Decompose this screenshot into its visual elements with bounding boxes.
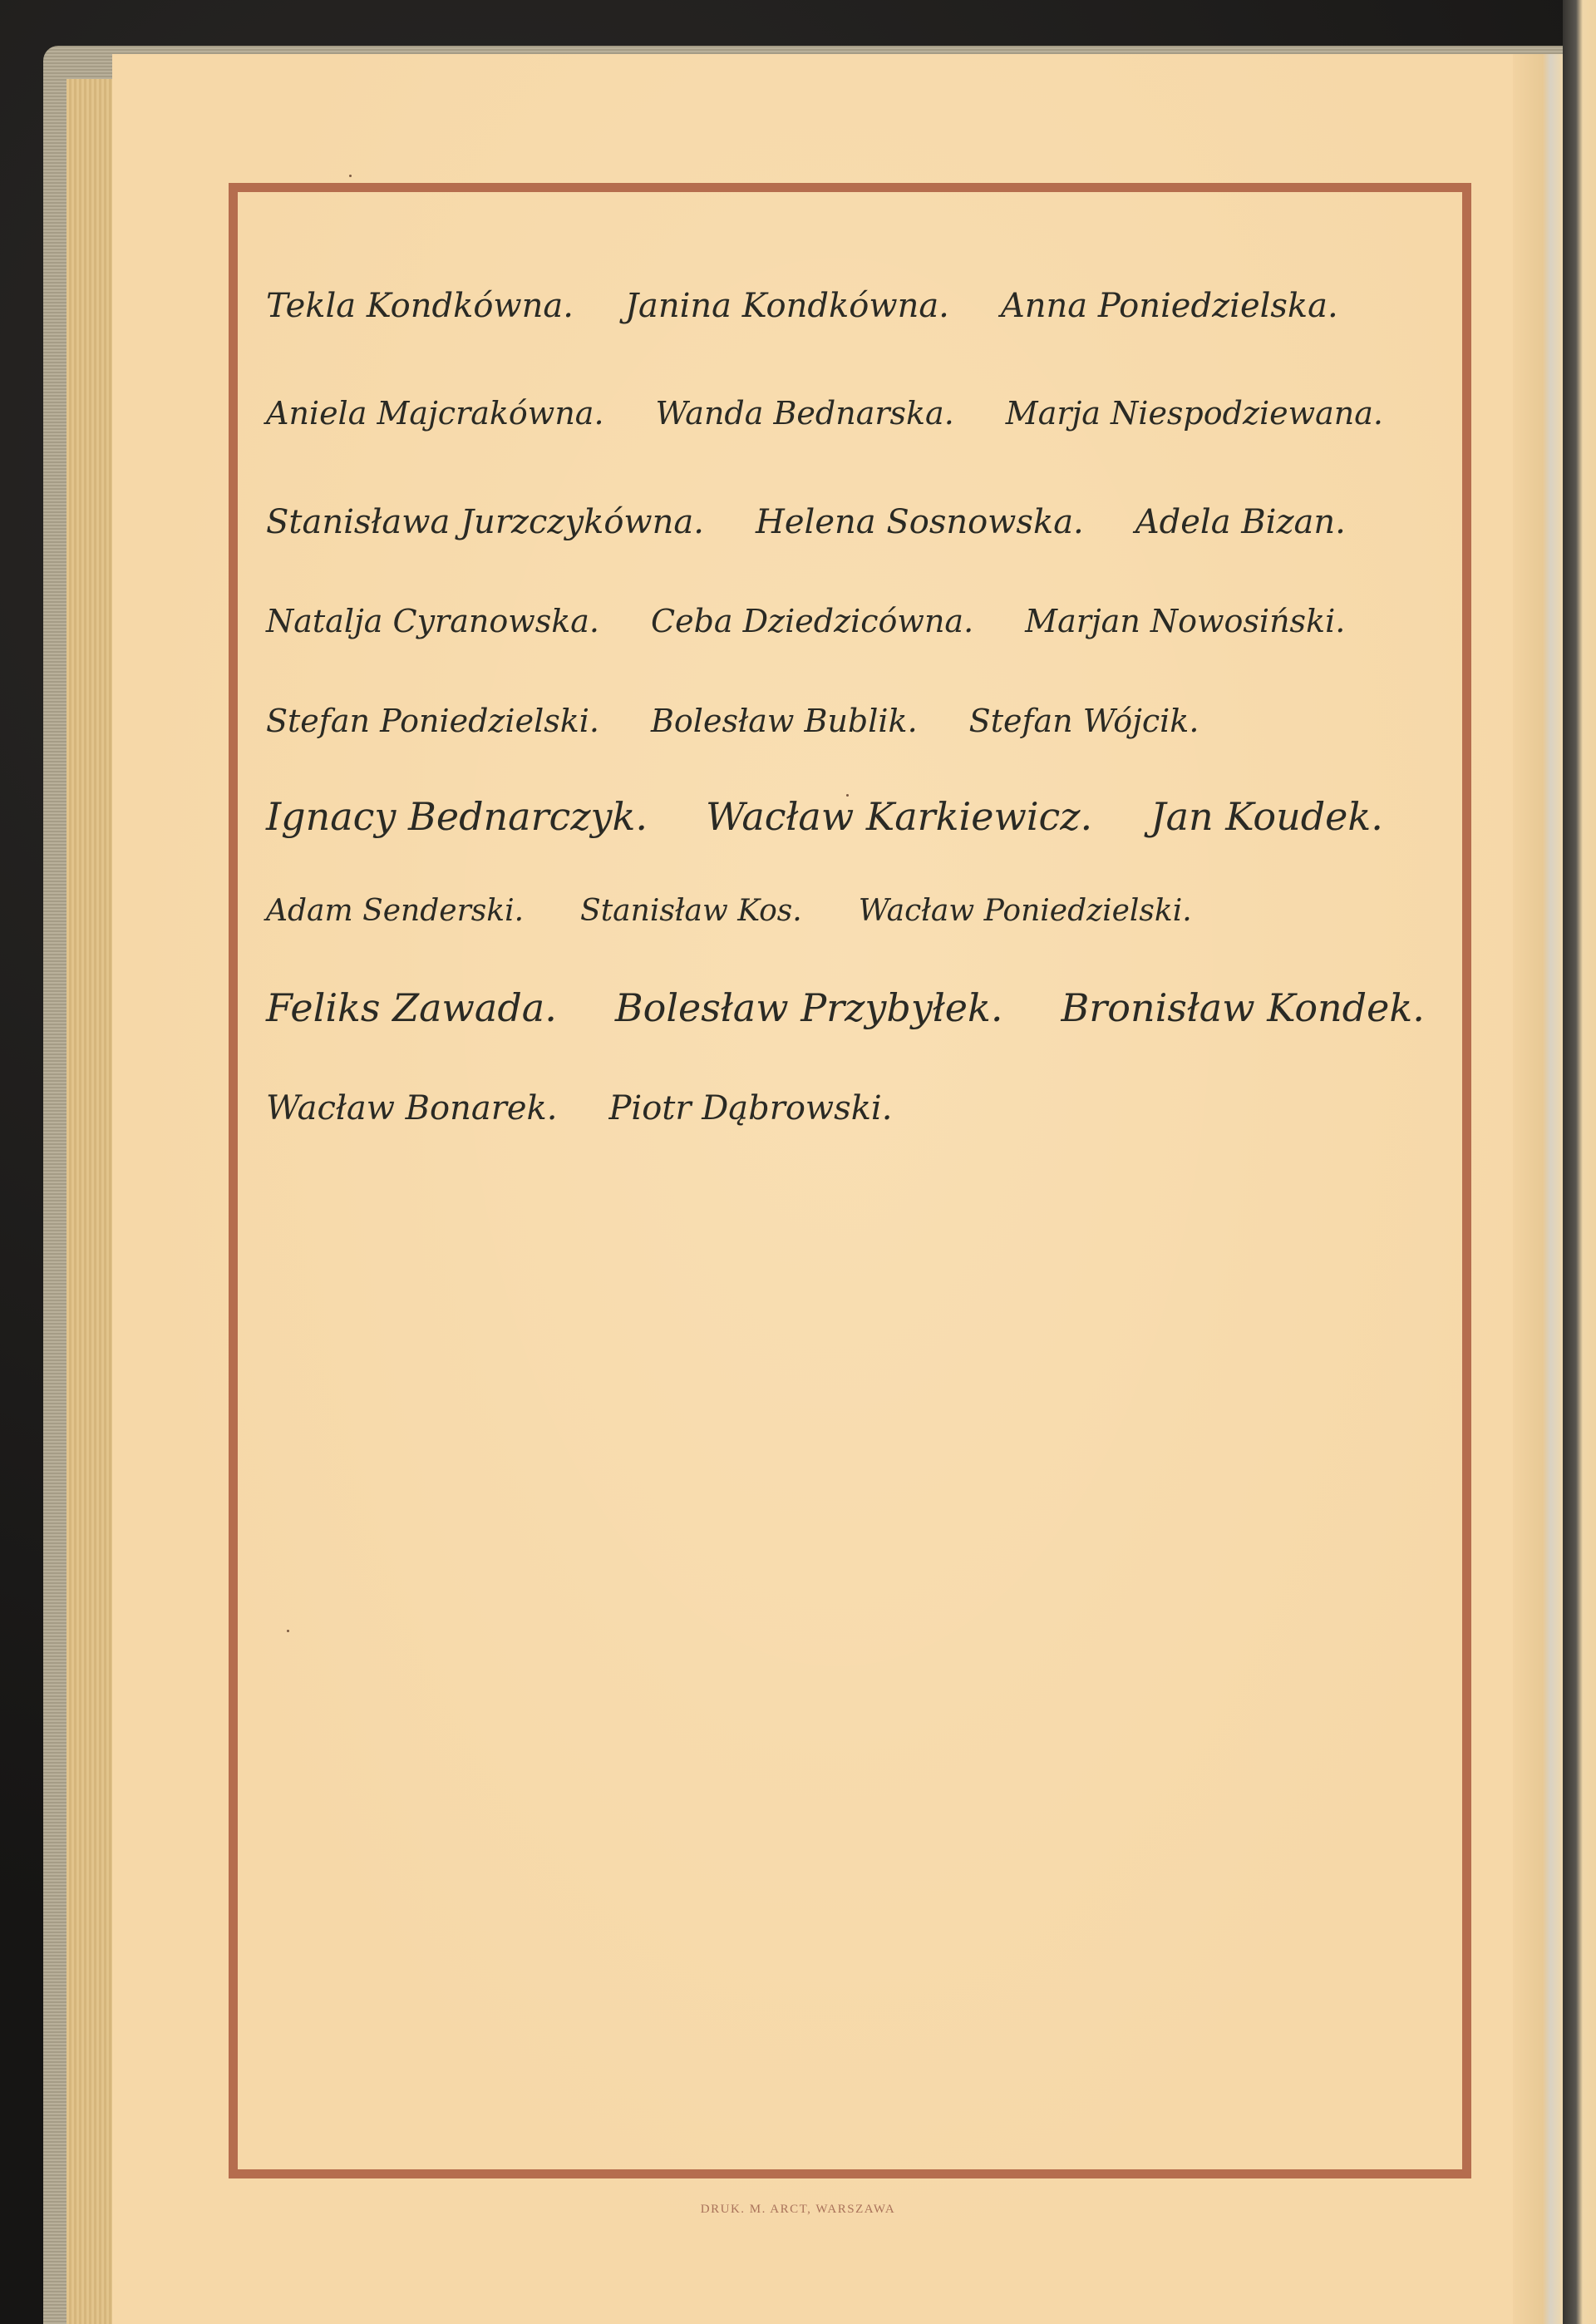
signature-row: Tekla Kondkówna. Janina Kondkówna. Anna …	[266, 287, 1463, 395]
signature: Marjan Nowosiński.	[1025, 603, 1345, 639]
printer-imprint: DRUK. M. ARCT, WARSZAWA	[0, 2203, 1596, 2217]
signature: Tekla Kondkówna.	[266, 287, 574, 325]
signature-row: Stefan Poniedzielski. Bolesław Bublik. S…	[266, 703, 1463, 794]
signature: Bolesław Bublik.	[651, 703, 918, 739]
signature-row: Natalja Cyranowska. Ceba Dziedzicówna. M…	[266, 603, 1463, 703]
signature: Bronisław Kondek.	[1061, 985, 1424, 1030]
signature-list: Tekla Kondkówna. Janina Kondkówna. Anna …	[266, 287, 1463, 1181]
signature: Stefan Wójcik.	[969, 703, 1199, 739]
signature-row: Adam Senderski. Stanisław Kos. Wacław Po…	[266, 894, 1463, 985]
signature: Piotr Dąbrowski.	[609, 1089, 893, 1127]
signature: Ceba Dziedzicówna.	[651, 603, 973, 639]
signature: Ignacy Bednarczyk.	[266, 794, 648, 839]
signature: Aniela Majcrakówna.	[266, 395, 604, 432]
page-gutter	[1513, 54, 1563, 2324]
signature-row: Ignacy Bednarczyk. Wacław Karkiewicz. Ja…	[266, 794, 1463, 894]
signature: Stanisława Jurzczykówna.	[266, 503, 704, 541]
signature: Stefan Poniedzielski.	[266, 703, 599, 739]
signature-row: Wacław Bonarek. Piotr Dąbrowski.	[266, 1089, 1463, 1181]
signature: Wacław Karkiewicz.	[706, 794, 1092, 839]
signature: Bolesław Przybyłek.	[615, 985, 1003, 1030]
signature: Wacław Bonarek.	[266, 1089, 558, 1127]
ink-speck	[846, 794, 849, 797]
ink-speck	[349, 175, 352, 177]
signature: Wanda Bednarska.	[656, 395, 954, 432]
signature-row: Aniela Majcrakówna. Wanda Bednarska. Mar…	[266, 395, 1463, 503]
signature: Stanisław Kos.	[580, 894, 802, 928]
signature: Wacław Poniedzielski.	[859, 894, 1192, 928]
signature-row: Feliks Zawada. Bolesław Przybyłek. Broni…	[266, 985, 1463, 1089]
signature: Adam Senderski.	[266, 894, 524, 928]
signature: Janina Kondkówna.	[625, 287, 949, 325]
signature: Feliks Zawada.	[266, 985, 557, 1030]
signature: Jan Koudek.	[1150, 794, 1383, 839]
book-spine-edge	[1563, 0, 1596, 2324]
signature: Natalja Cyranowska.	[266, 603, 599, 639]
signature: Anna Poniedzielska.	[1001, 287, 1338, 325]
signature-row: Stanisława Jurzczykówna. Helena Sosnowsk…	[266, 503, 1463, 603]
signature: Marja Niespodziewana.	[1006, 395, 1383, 432]
page-edges	[66, 79, 116, 2324]
ink-speck	[287, 1630, 289, 1632]
signature: Helena Sosnowska.	[756, 503, 1084, 541]
signature: Adela Bizan.	[1135, 503, 1346, 541]
